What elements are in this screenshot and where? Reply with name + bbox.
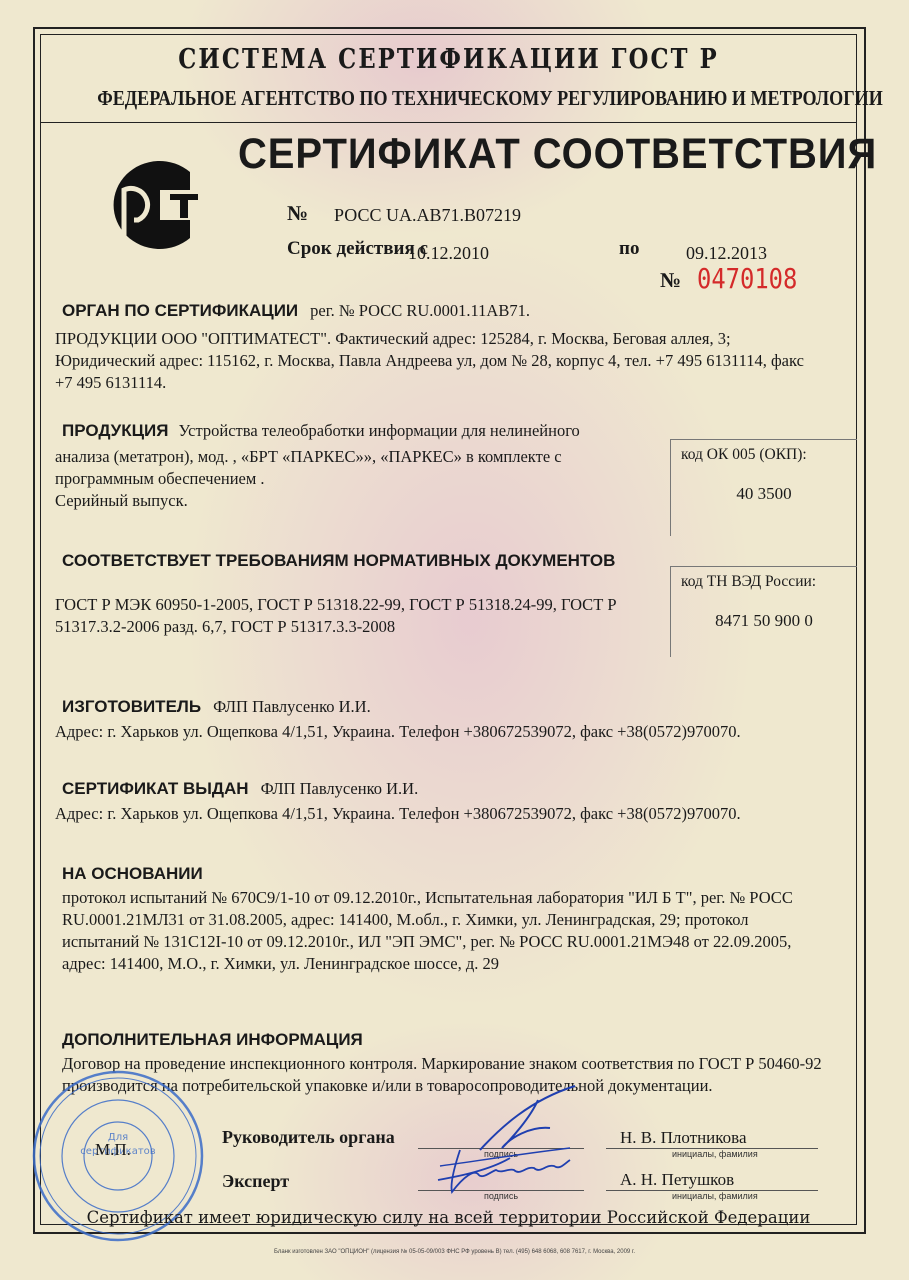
agency-name: ФЕДЕРАЛЬНОЕ АГЕНТСТВО ПО ТЕХНИЧЕСКОМУ РЕ… xyxy=(97,86,800,111)
manufacturer-heading: ИЗГОТОВИТЕЛЬ xyxy=(62,697,201,716)
valid-to: 09.12.2013 xyxy=(686,243,767,264)
manufacturer-address: Адрес: г. Харьков ул. Ощепкова 4/1,51, У… xyxy=(55,721,741,743)
head-name: Н. В. Плотникова xyxy=(620,1128,747,1148)
certification-body-line: Юридический адрес: 115162, г. Москва, Па… xyxy=(55,350,804,372)
blank-number-sign: № xyxy=(660,268,681,293)
product-section: ПРОДУКЦИЯ Устройства телеобработки инфор… xyxy=(62,420,580,442)
tnved-value: 8471 50 900 0 xyxy=(671,611,857,631)
head-name-caption: инициалы, фамилия xyxy=(672,1149,758,1159)
product-line: Серийный выпуск. xyxy=(55,490,562,512)
valid-from: 10.12.2010 xyxy=(408,243,489,264)
manufacturer-section: ИЗГОТОВИТЕЛЬ ФЛП Павлусенко И.И. xyxy=(62,696,371,718)
additional-heading: ДОПОЛНИТЕЛЬНАЯ ИНФОРМАЦИЯ xyxy=(62,1030,363,1050)
issued-to-address: Адрес: г. Харьков ул. Ощепкова 4/1,51, У… xyxy=(55,803,741,825)
certification-body-reg: рег. № РОСС RU.0001.11АВ71. xyxy=(310,301,530,320)
certification-body-line: +7 495 6131114. xyxy=(55,372,804,394)
expert-name: А. Н. Петушков xyxy=(620,1170,734,1190)
validity-footer-note: Сертификат имеет юридическую силу на все… xyxy=(40,1208,857,1227)
basis-heading: НА ОСНОВАНИИ xyxy=(62,864,203,884)
standards-list: ГОСТ Р МЭК 60950-1-2005, ГОСТ Р 51318.22… xyxy=(55,594,617,638)
product-line: анализа (метатрон), мод. , «БРТ «ПАРКЕС»… xyxy=(55,446,562,468)
certification-body-details: ПРОДУКЦИИ ООО "ОПТИМАТЕСТ". Фактический … xyxy=(55,328,804,394)
tnved-label: код ТН ВЭД России: xyxy=(681,573,816,591)
standards-line: ГОСТ Р МЭК 60950-1-2005, ГОСТ Р 51318.22… xyxy=(55,594,617,616)
product-details: анализа (метатрон), мод. , «БРТ «ПАРКЕС»… xyxy=(55,446,562,512)
blank-number: 0470108 xyxy=(697,262,797,295)
okp-label: код ОК 005 (ОКП): xyxy=(681,446,807,464)
basis-line: испытаний № 131С12I-10 от 09.12.2010г., … xyxy=(62,931,793,953)
basis-line: протокол испытаний № 670С9/1-10 от 09.12… xyxy=(62,887,793,909)
product-heading: ПРОДУКЦИЯ xyxy=(62,421,168,440)
standards-line: 51317.3.2-2006 разд. 6,7, ГОСТ Р 51317.3… xyxy=(55,616,617,638)
okp-code-box: код ОК 005 (ОКП): 40 3500 xyxy=(670,439,857,536)
tnved-code-box: код ТН ВЭД России: 8471 50 900 0 xyxy=(670,566,857,657)
certificate-number: РОСС UA.AB71.B07219 xyxy=(334,205,521,226)
product-first-line: Устройства телеобработки информации для … xyxy=(178,421,579,440)
seal-place-label: М.П. xyxy=(95,1140,131,1160)
validity-to-label: по xyxy=(619,238,639,260)
product-line: программным обеспечением . xyxy=(55,468,562,490)
printer-note: Бланк изготовлен ЗАО "ОПЦИОН" (лицензия … xyxy=(0,1249,909,1255)
document-title: СЕРТИФИКАТ СООТВЕТСТВИЯ xyxy=(238,130,877,179)
basis-text: протокол испытаний № 670С9/1-10 от 09.12… xyxy=(62,887,793,975)
expert-name-caption: инициалы, фамилия xyxy=(672,1191,758,1201)
rst-mark-icon xyxy=(98,150,208,260)
standards-heading: СООТВЕТСТВУЕТ ТРЕБОВАНИЯМ НОРМАТИВНЫХ ДО… xyxy=(62,551,615,571)
manufacturer-name: ФЛП Павлусенко И.И. xyxy=(213,697,371,716)
certification-body-heading: ОРГАН ПО СЕРТИФИКАЦИИ xyxy=(62,301,298,320)
certification-body-line: ПРОДУКЦИИ ООО "ОПТИМАТЕСТ". Фактический … xyxy=(55,328,804,350)
okp-value: 40 3500 xyxy=(671,484,857,504)
validity-label: Срок действия с xyxy=(287,238,428,260)
expert-label: Эксперт xyxy=(222,1171,289,1192)
system-title: СИСТЕМА СЕРТИФИКАЦИИ ГОСТ Р xyxy=(105,44,791,75)
issued-to-name: ФЛП Павлусенко И.И. xyxy=(261,779,419,798)
issued-to-section: СЕРТИФИКАТ ВЫДАН ФЛП Павлусенко И.И. xyxy=(62,778,418,800)
certification-body-section: ОРГАН ПО СЕРТИФИКАЦИИ рег. № РОСС RU.000… xyxy=(62,300,530,322)
number-sign: № xyxy=(287,201,308,226)
expert-signature-icon xyxy=(430,1140,580,1196)
head-label: Руководитель органа xyxy=(222,1127,395,1148)
basis-line: адрес: 141400, М.О., г. Химки, ул. Ленин… xyxy=(62,953,793,975)
issued-to-heading: СЕРТИФИКАТ ВЫДАН xyxy=(62,779,249,798)
basis-line: RU.0001.21МЛ31 от 31.08.2005, адрес: 141… xyxy=(62,909,793,931)
header-divider xyxy=(40,122,857,123)
